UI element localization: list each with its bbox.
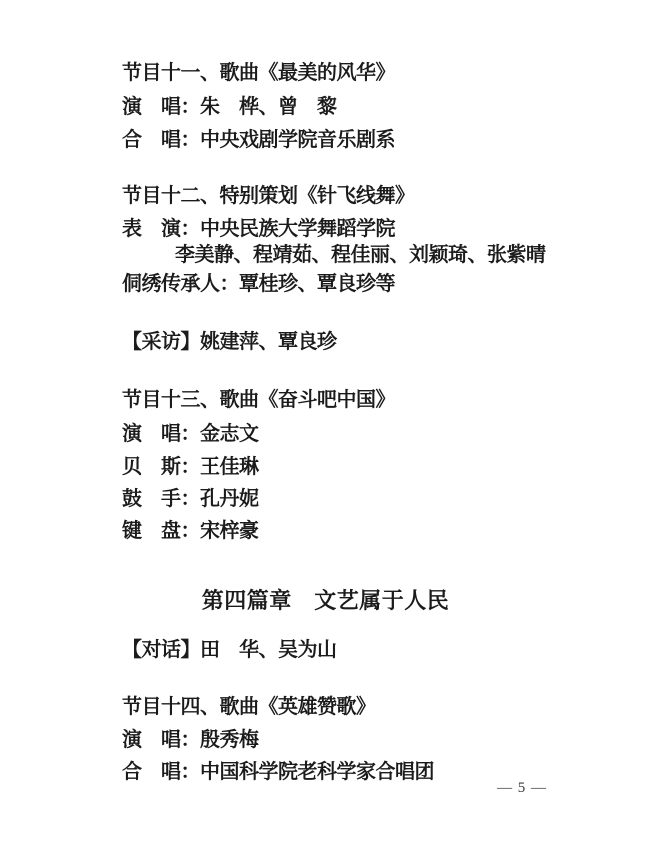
- page-number: — 5 —: [477, 780, 567, 797]
- program-14-singer-line: 演 唱：殷秀梅: [122, 729, 651, 751]
- program-13-singer-line: 演 唱：金志文: [122, 423, 651, 445]
- program-13-bass-line: 贝 斯：王佳琳: [122, 456, 651, 478]
- program-13-keyboard-line: 键 盘：宋梓豪: [122, 520, 651, 542]
- program-12-inheritor-line: 侗绣传承人：覃桂珍、覃良珍等: [122, 273, 651, 295]
- interview-line: 【采访】姚建萍、覃良珍: [122, 331, 651, 353]
- program-12-performer-line: 表 演：中央民族大学舞蹈学院: [122, 218, 651, 240]
- program-13-title: 节目十三、歌曲《奋斗吧中国》: [122, 389, 651, 411]
- program-13-drummer-line: 鼓 手：孔丹妮: [122, 488, 651, 510]
- program-14-title: 节目十四、歌曲《英雄赞歌》: [122, 696, 651, 718]
- program-14-chorus-line: 合 唱：中国科学院老科学家合唱团: [122, 761, 651, 783]
- program-12-dancer-names-line: 李美静、程靖茹、程佳丽、刘颖琦、张紫晴: [175, 244, 651, 266]
- document-page: 节目十一、歌曲《最美的风华》 演 唱：朱 桦、曾 黎 合 唱：中央戏剧学院音乐剧…: [0, 0, 651, 868]
- program-11-chorus-line: 合 唱：中央戏剧学院音乐剧系: [122, 129, 651, 151]
- chapter-heading: 第四篇章 文艺属于人民: [0, 589, 651, 613]
- program-11-title: 节目十一、歌曲《最美的风华》: [122, 62, 651, 84]
- dialogue-line: 【对话】田 华、吴为山: [122, 639, 651, 661]
- program-11-singer-line: 演 唱：朱 桦、曾 黎: [122, 96, 651, 118]
- program-12-title: 节目十二、特别策划《针飞线舞》: [122, 185, 651, 207]
